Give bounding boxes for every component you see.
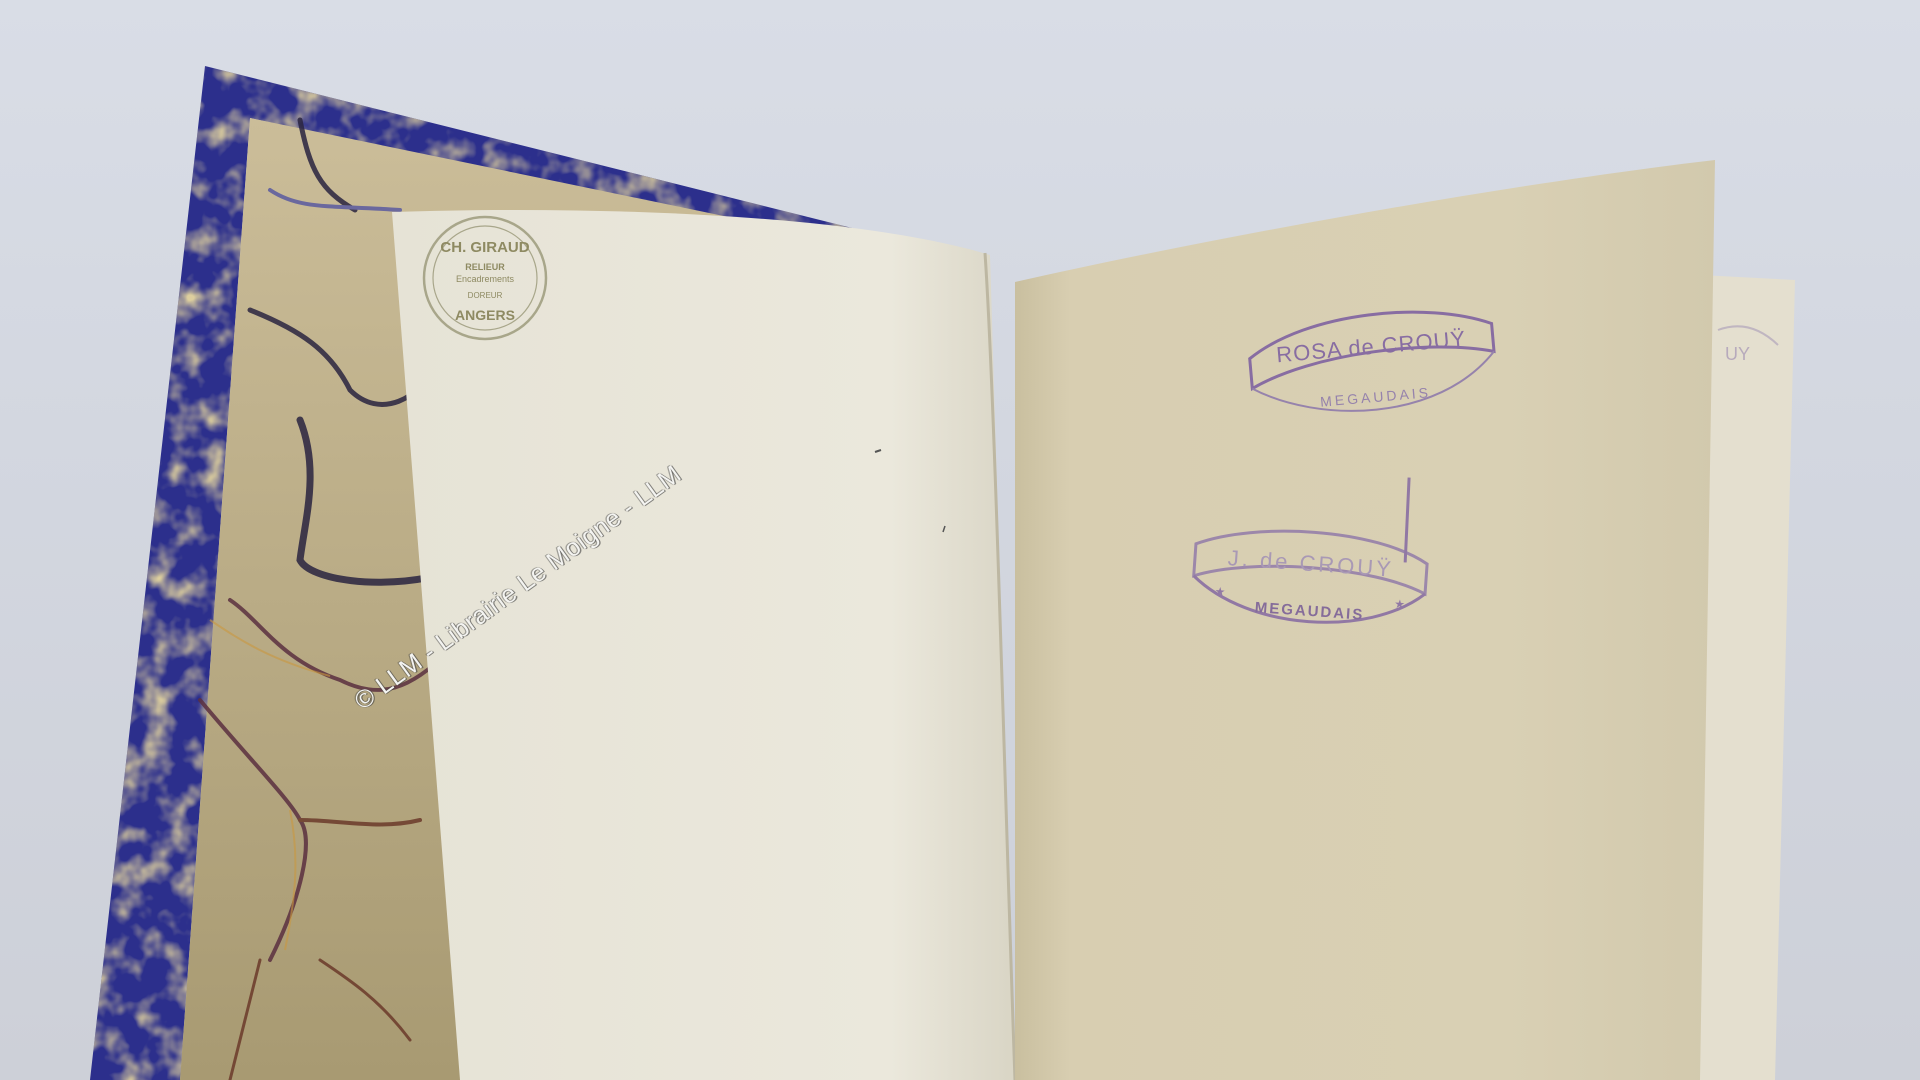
stamp-j-star-left: ★ — [1214, 584, 1226, 599]
book-photo: CH. GIRAUD RELIEUR Encadrements DOREUR A… — [0, 0, 1920, 1080]
edge-stamp-text: UY — [1725, 344, 1750, 364]
binder-gilder: DOREUR — [468, 291, 503, 300]
binder-trade: RELIEUR — [465, 262, 505, 272]
binder-framing: Encadrements — [456, 274, 515, 284]
flyleaf — [392, 210, 1015, 1080]
edge-stamp-partial: UY — [1725, 344, 1750, 364]
stamp-j-star-right: ★ — [1394, 597, 1406, 612]
open-book: CH. GIRAUD RELIEUR Encadrements DOREUR A… — [0, 0, 1920, 1080]
binder-city: ANGERS — [455, 307, 515, 323]
binder-name: CH. GIRAUD — [440, 239, 529, 256]
